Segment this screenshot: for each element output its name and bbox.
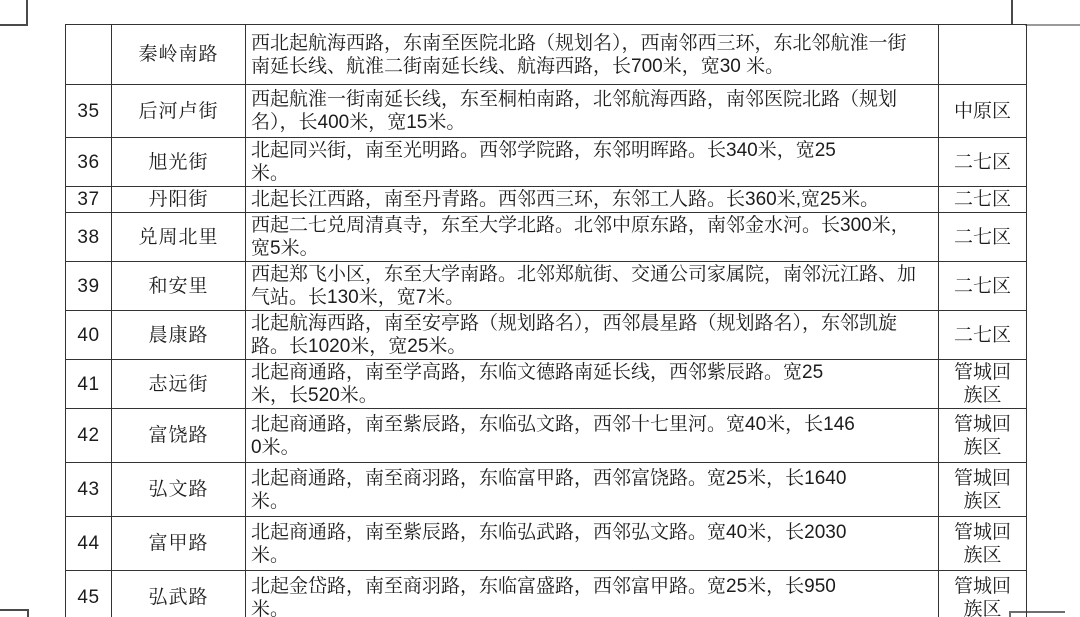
table-row: 44 富甲路 北起商通路，南至紫辰路，东临弘武路，西邻弘文路。宽40米，长203… — [66, 517, 1027, 571]
road-name-cell: 富甲路 — [112, 517, 246, 571]
district-cell: 管城回 族区 — [939, 571, 1027, 617]
row-number-cell: 39 — [66, 262, 112, 311]
adjacent-page-fragment-bottom-left — [0, 609, 29, 617]
table-row: 36 旭光街 北起同兴街，南至光明路。西邻学院路，东邻明晖路。长340米，宽25… — [66, 138, 1027, 187]
description-cell: 北起航海西路，南至安亭路（规划路名），西邻晨星路（规划路名），东邻凯旋 路。长1… — [246, 311, 939, 360]
district-cell: 管城回 族区 — [939, 360, 1027, 409]
table-row: 秦岭南路 西北起航海西路，东南至医院北路（规划名），西南邻西三环，东北邻航淮一街… — [66, 25, 1027, 85]
road-name-cell: 富饶路 — [112, 409, 246, 463]
district-cell: 二七区 — [939, 138, 1027, 187]
description-cell: 西起二七兑周清真寺，东至大学北路。北邻中原东路，南邻金水河。长300米， 宽5米… — [246, 213, 939, 262]
description-cell: 北起同兴街，南至光明路。西邻学院路，东邻明晖路。长340米，宽25 米。 — [246, 138, 939, 187]
description-cell: 北起商通路，南至学高路，东临文德路南延长线，西邻紫辰路。宽25 米，长520米。 — [246, 360, 939, 409]
road-name-cell: 后河卢街 — [112, 85, 246, 138]
row-number-cell: 36 — [66, 138, 112, 187]
road-name-cell: 晨康路 — [112, 311, 246, 360]
table-row: 38 兑周北里 西起二七兑周清真寺，东至大学北路。北邻中原东路，南邻金水河。长3… — [66, 213, 1027, 262]
description-cell: 北起商通路，南至商羽路，东临富甲路，西邻富饶路。宽25米，长1640 米。 — [246, 463, 939, 517]
description-cell: 西起郑飞小区，东至大学南路。北邻郑航街、交通公司家属院，南邻沅江路、加 气站。长… — [246, 262, 939, 311]
adjacent-table-fragment-top-right — [1011, 0, 1013, 25]
district-cell: 二七区 — [939, 311, 1027, 360]
row-number-cell: 44 — [66, 517, 112, 571]
table-row: 37 丹阳街 北起长江西路，南至丹青路。西邻西三环，东邻工人路。长360米,宽2… — [66, 187, 1027, 213]
district-cell: 管城回 族区 — [939, 409, 1027, 463]
description-cell: 北起商通路，南至紫辰路，东临弘文路，西邻十七里河。宽40米，长146 0米。 — [246, 409, 939, 463]
row-number-cell: 43 — [66, 463, 112, 517]
table-row: 42 富饶路 北起商通路，南至紫辰路，东临弘文路，西邻十七里河。宽40米，长14… — [66, 409, 1027, 463]
district-cell: 管城回 族区 — [939, 517, 1027, 571]
district-cell: 二七区 — [939, 187, 1027, 213]
table-row: 43 弘文路 北起商通路，南至商羽路，东临富甲路，西邻富饶路。宽25米，长164… — [66, 463, 1027, 517]
table-row: 40 晨康路 北起航海西路，南至安亭路（规划路名），西邻晨星路（规划路名），东邻… — [66, 311, 1027, 360]
page-break-line — [1025, 24, 1080, 26]
road-name-cell: 弘武路 — [112, 571, 246, 617]
row-number-cell: 40 — [66, 311, 112, 360]
district-cell: 中原区 — [939, 85, 1027, 138]
table-row: 39 和安里 西起郑飞小区，东至大学南路。北邻郑航街、交通公司家属院，南邻沅江路… — [66, 262, 1027, 311]
row-number-cell: 45 — [66, 571, 112, 617]
description-cell: 西起航淮一街南延长线，东至桐柏南路，北邻航海西路，南邻医院北路（规划 名），长4… — [246, 85, 939, 138]
row-number-cell — [66, 25, 112, 85]
district-cell: 二七区 — [939, 262, 1027, 311]
row-number-cell: 41 — [66, 360, 112, 409]
road-name-cell: 旭光街 — [112, 138, 246, 187]
road-name-cell: 秦岭南路 — [112, 25, 246, 85]
district-cell: 二七区 — [939, 213, 1027, 262]
document-page: 秦岭南路 西北起航海西路，东南至医院北路（规划名），西南邻西三环，东北邻航淮一街… — [0, 0, 1080, 617]
description-cell: 北起长江西路，南至丹青路。西邻西三环，东邻工人路。长360米,宽25米。 — [246, 187, 939, 213]
district-cell: 管城回 族区 — [939, 463, 1027, 517]
road-name-cell: 弘文路 — [112, 463, 246, 517]
table-row: 45 弘武路 北起金岱路，南至商羽路，东临富盛路，西邻富甲路。宽25米，长950… — [66, 571, 1027, 617]
road-name-cell: 和安里 — [112, 262, 246, 311]
district-cell — [939, 25, 1027, 85]
row-number-cell: 35 — [66, 85, 112, 138]
road-name-cell: 志远街 — [112, 360, 246, 409]
row-number-cell: 38 — [66, 213, 112, 262]
table-row: 35 后河卢街 西起航淮一街南延长线，东至桐柏南路，北邻航海西路，南邻医院北路（… — [66, 85, 1027, 138]
road-list-table: 秦岭南路 西北起航海西路，东南至医院北路（规划名），西南邻西三环，东北邻航淮一街… — [65, 24, 1027, 617]
description-cell: 西北起航海西路，东南至医院北路（规划名），西南邻西三环，东北邻航淮一街 南延长线… — [246, 25, 939, 85]
row-number-cell: 42 — [66, 409, 112, 463]
road-name-cell: 丹阳街 — [112, 187, 246, 213]
description-cell: 北起金岱路，南至商羽路，东临富盛路，西邻富甲路。宽25米，长950 米。 — [246, 571, 939, 617]
table-row: 41 志远街 北起商通路，南至学高路，东临文德路南延长线，西邻紫辰路。宽25 米… — [66, 360, 1027, 409]
adjacent-page-fragment-top-left — [0, 0, 28, 26]
road-name-cell: 兑周北里 — [112, 213, 246, 262]
row-number-cell: 37 — [66, 187, 112, 213]
description-cell: 北起商通路，南至紫辰路，东临弘武路，西邻弘文路。宽40米，长2030 米。 — [246, 517, 939, 571]
